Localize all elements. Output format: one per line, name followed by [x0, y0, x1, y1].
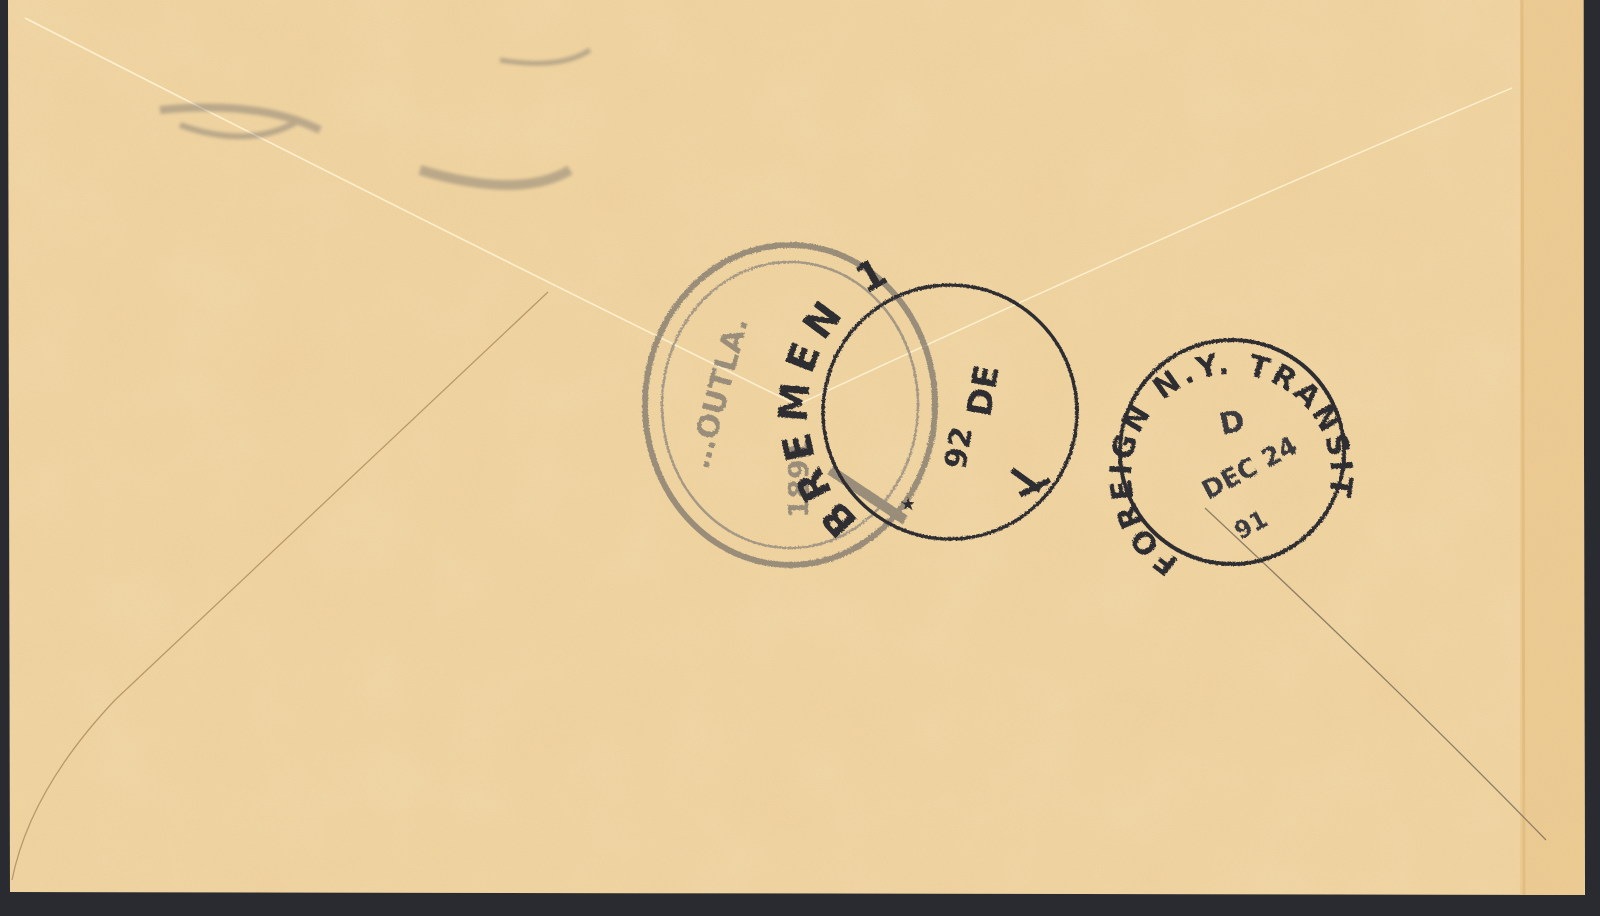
envelope-photo: …OUTLA. 1891 BREMEN 1 DE 92 ★ FOREIGN N.… — [0, 0, 1600, 916]
svg-text:★: ★ — [900, 494, 916, 515]
svg-text:92: 92 — [938, 424, 980, 471]
